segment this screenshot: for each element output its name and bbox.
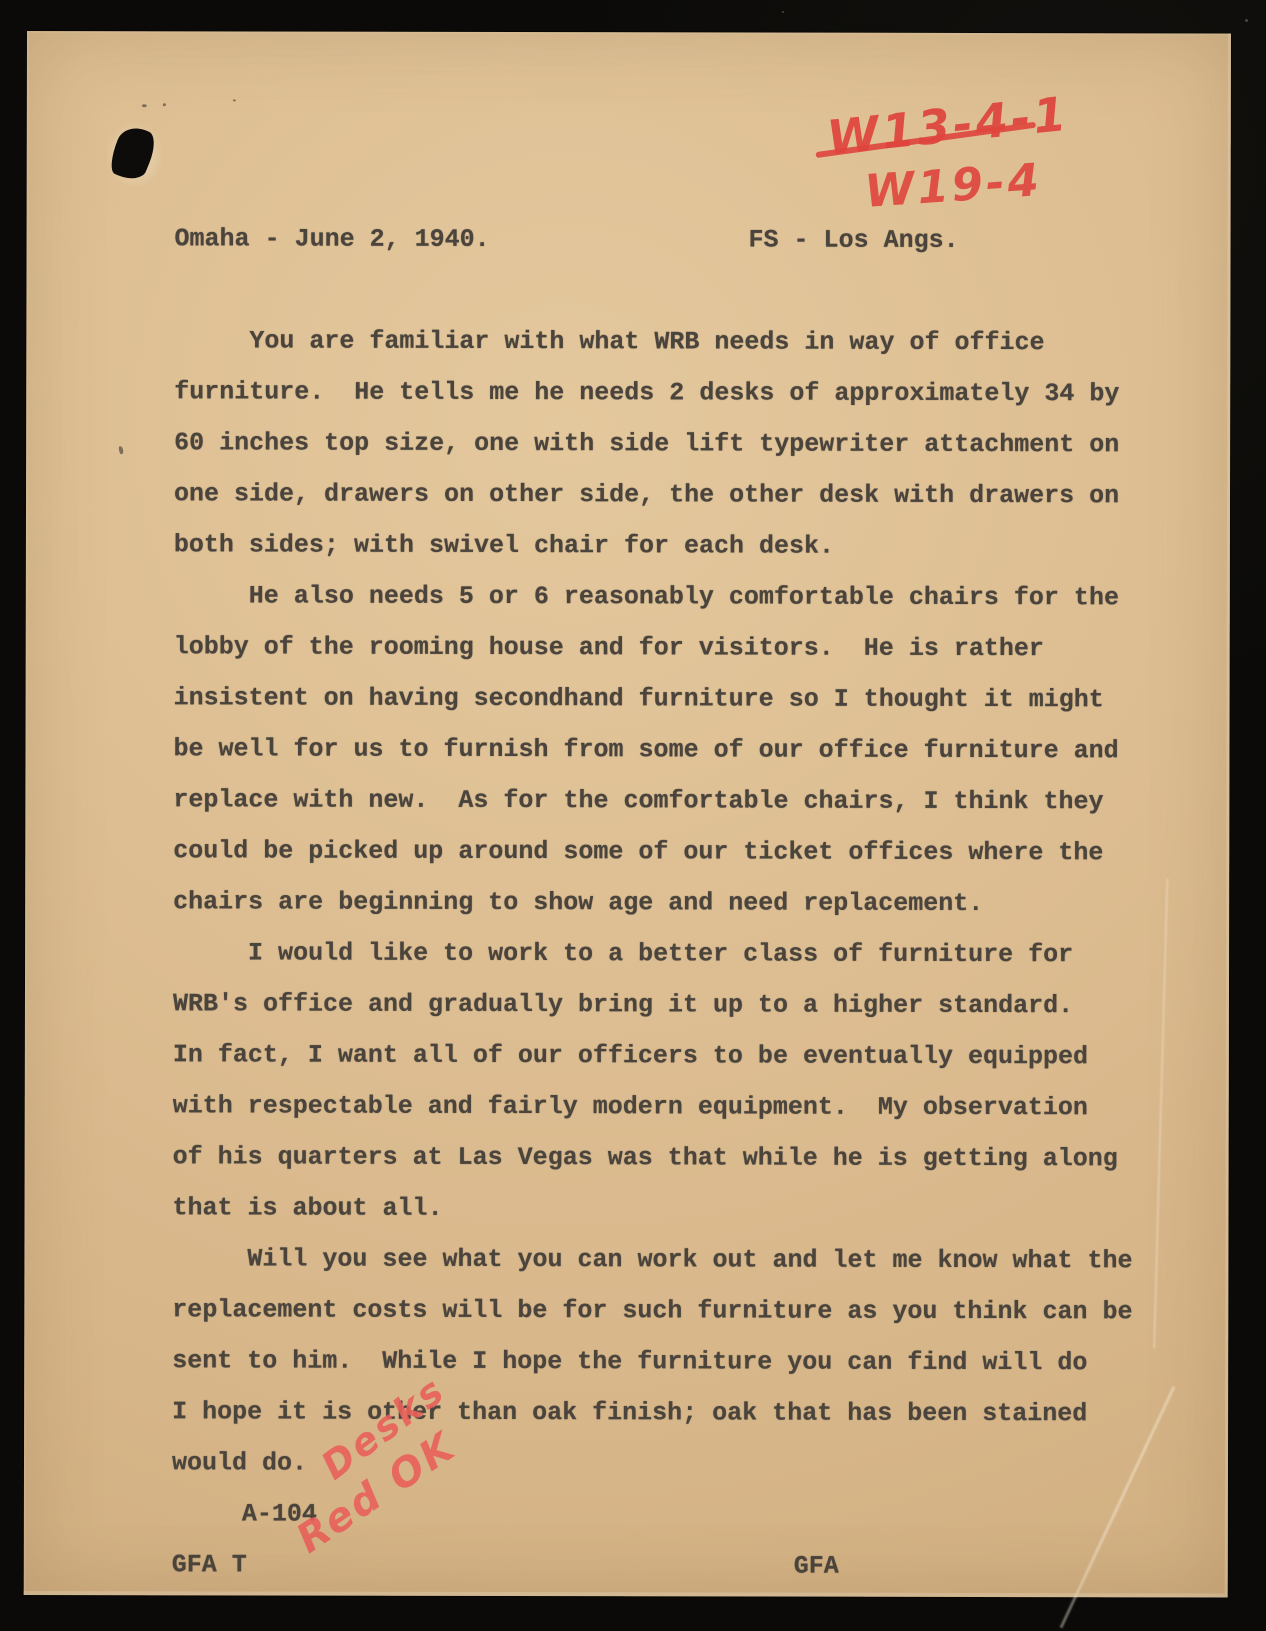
dust-speck (782, 11, 784, 13)
paper-speck (142, 104, 147, 107)
typed-letter: Omaha - June 2, 1940. FS - Los Angs. You… (172, 213, 1170, 1592)
paper-speck (163, 103, 166, 106)
letter-recipient-code: FS - Los Angs. (749, 215, 959, 266)
author-initials: GFA (794, 1541, 839, 1592)
document-page: W13-4-1 W19-4 Omaha - June 2, 1940. FS -… (24, 31, 1231, 1598)
paper-mark (118, 446, 124, 455)
letter-dateline: Omaha - June 2, 1940. (175, 224, 490, 254)
scan-background: W13-4-1 W19-4 Omaha - June 2, 1940. FS -… (0, 0, 1266, 1631)
letter-paragraph: I would like to work to a better class o… (172, 927, 1168, 1235)
letter-paragraph: He also needs 5 or 6 reasonably comforta… (173, 570, 1169, 929)
typist-initials: GFA T (172, 1550, 247, 1579)
handwritten-ref-current: W19-4 (863, 153, 1043, 218)
letter-paragraph: You are familiar with what WRB needs in … (174, 315, 1170, 572)
paper-speck (233, 99, 236, 101)
letter-header-row: Omaha - June 2, 1940. FS - Los Angs. (175, 213, 1170, 266)
dust-speck (1245, 19, 1248, 22)
